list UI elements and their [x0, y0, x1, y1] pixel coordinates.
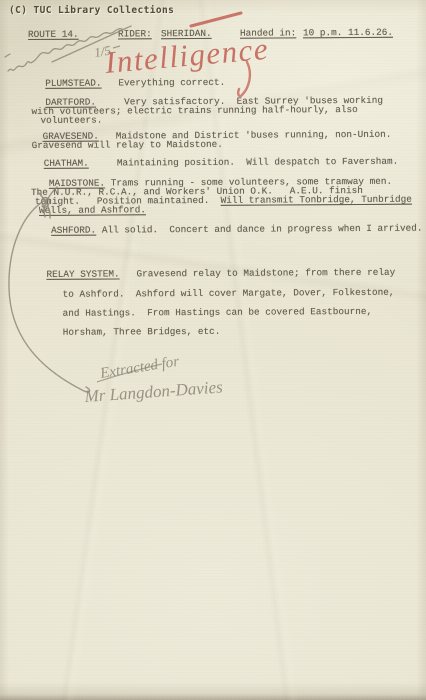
line-relay-4: Horsham, Three Bridges, etc.: [63, 327, 221, 338]
document-page: (C) TUC Library Collections ROUTE 14. RI…: [0, 0, 426, 700]
header-rider-name: SHERIDAN.: [161, 29, 212, 39]
line-ashford: ASHFORD. All solid. Concert and dance in…: [51, 224, 422, 236]
header-handed-value: 10 p.m. 11.6.26.: [303, 28, 393, 39]
header-route: ROUTE 14.: [28, 30, 79, 40]
line-relay-3: and Hastings. From Hastings can be cover…: [63, 307, 372, 319]
line-gravesend-2: Gravesend will relay to Maidstone.: [32, 140, 223, 151]
line-maidstone-4: Wells, and Ashford.: [39, 205, 146, 216]
typed-report: ROUTE 14. RIDER: SHERIDAN. Handed in: 10…: [0, 0, 426, 700]
line-relay-1: RELAY SYSTEM. Gravesend relay to Maidsto…: [46, 268, 395, 280]
header-handed-label: Handed in:: [240, 28, 296, 38]
line-plumstead: PLUMSTEAD. Everything correct.: [45, 78, 225, 89]
line-relay-2: to Ashford. Ashford will cover Margate, …: [63, 288, 395, 300]
line-chatham: CHATHAM. Maintaining position. Will desp…: [44, 157, 399, 169]
header-rider-label: RIDER:: [118, 29, 152, 39]
line-dartford-3: volunteers.: [40, 116, 102, 126]
